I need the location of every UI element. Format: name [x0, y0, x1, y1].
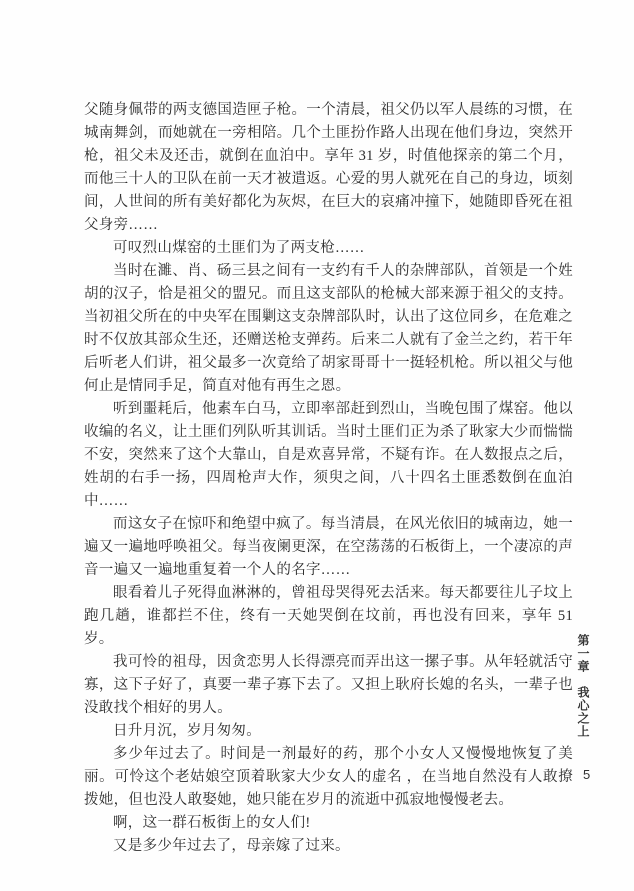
chapter-label: 第一章	[575, 634, 592, 673]
paragraph: 日升月沉，岁月匆匆。	[84, 720, 573, 743]
paragraph: 父随身佩带的两支德国造匣子枪。一个清晨，祖父仍以军人晨练的习惯，在城南舞剑，而她…	[84, 99, 573, 237]
body-text: 父随身佩带的两支德国造匣子枪。一个清晨，祖父仍以军人晨练的习惯，在城南舞剑，而她…	[84, 99, 573, 858]
paragraph: 又是多少年过去了，母亲嫁了过来。	[84, 835, 573, 858]
paragraph: 我可怜的祖母，因贪恋男人长得漂亮而弄出这一摞子事。从年轻就活守寡，这下子好了，真…	[84, 651, 573, 720]
chapter-title: 我心之上	[575, 686, 592, 738]
paragraph: 当时在濉、肖、砀三县之间有一支约有千人的杂牌部队，首领是一个姓胡的汉子，恰是祖父…	[84, 260, 573, 398]
paragraph: 可叹烈山煤窑的土匪们为了两支枪……	[84, 237, 573, 260]
book-page: 父随身佩带的两支德国造匣子枪。一个清晨，祖父仍以军人晨练的习惯，在城南舞剑，而她…	[0, 0, 634, 891]
paragraph: 眼看着儿子死得血淋淋的，曾祖母哭得死去活来。每天都要往儿子坟上跑几趟，谁都拦不住…	[84, 582, 573, 651]
chapter-sidebar: 第一章 我心之上	[575, 634, 592, 738]
page-number: 5	[583, 767, 590, 782]
paragraph: 多少年过去了。时间是一剂最好的药，那个小女人又慢慢地恢复了美丽。可怜这个老姑娘空…	[84, 743, 573, 812]
paragraph: 啊，这一群石板街上的女人们!	[84, 812, 573, 835]
paragraph: 听到噩耗后，他素车白马，立即率部赶到烈山，当晚包围了煤窑。他以收编的名义，让土匪…	[84, 398, 573, 513]
paragraph: 而这女子在惊吓和绝望中疯了。每当清晨，在风光依旧的城南边，她一遍又一遍地呼唤祖父…	[84, 513, 573, 582]
